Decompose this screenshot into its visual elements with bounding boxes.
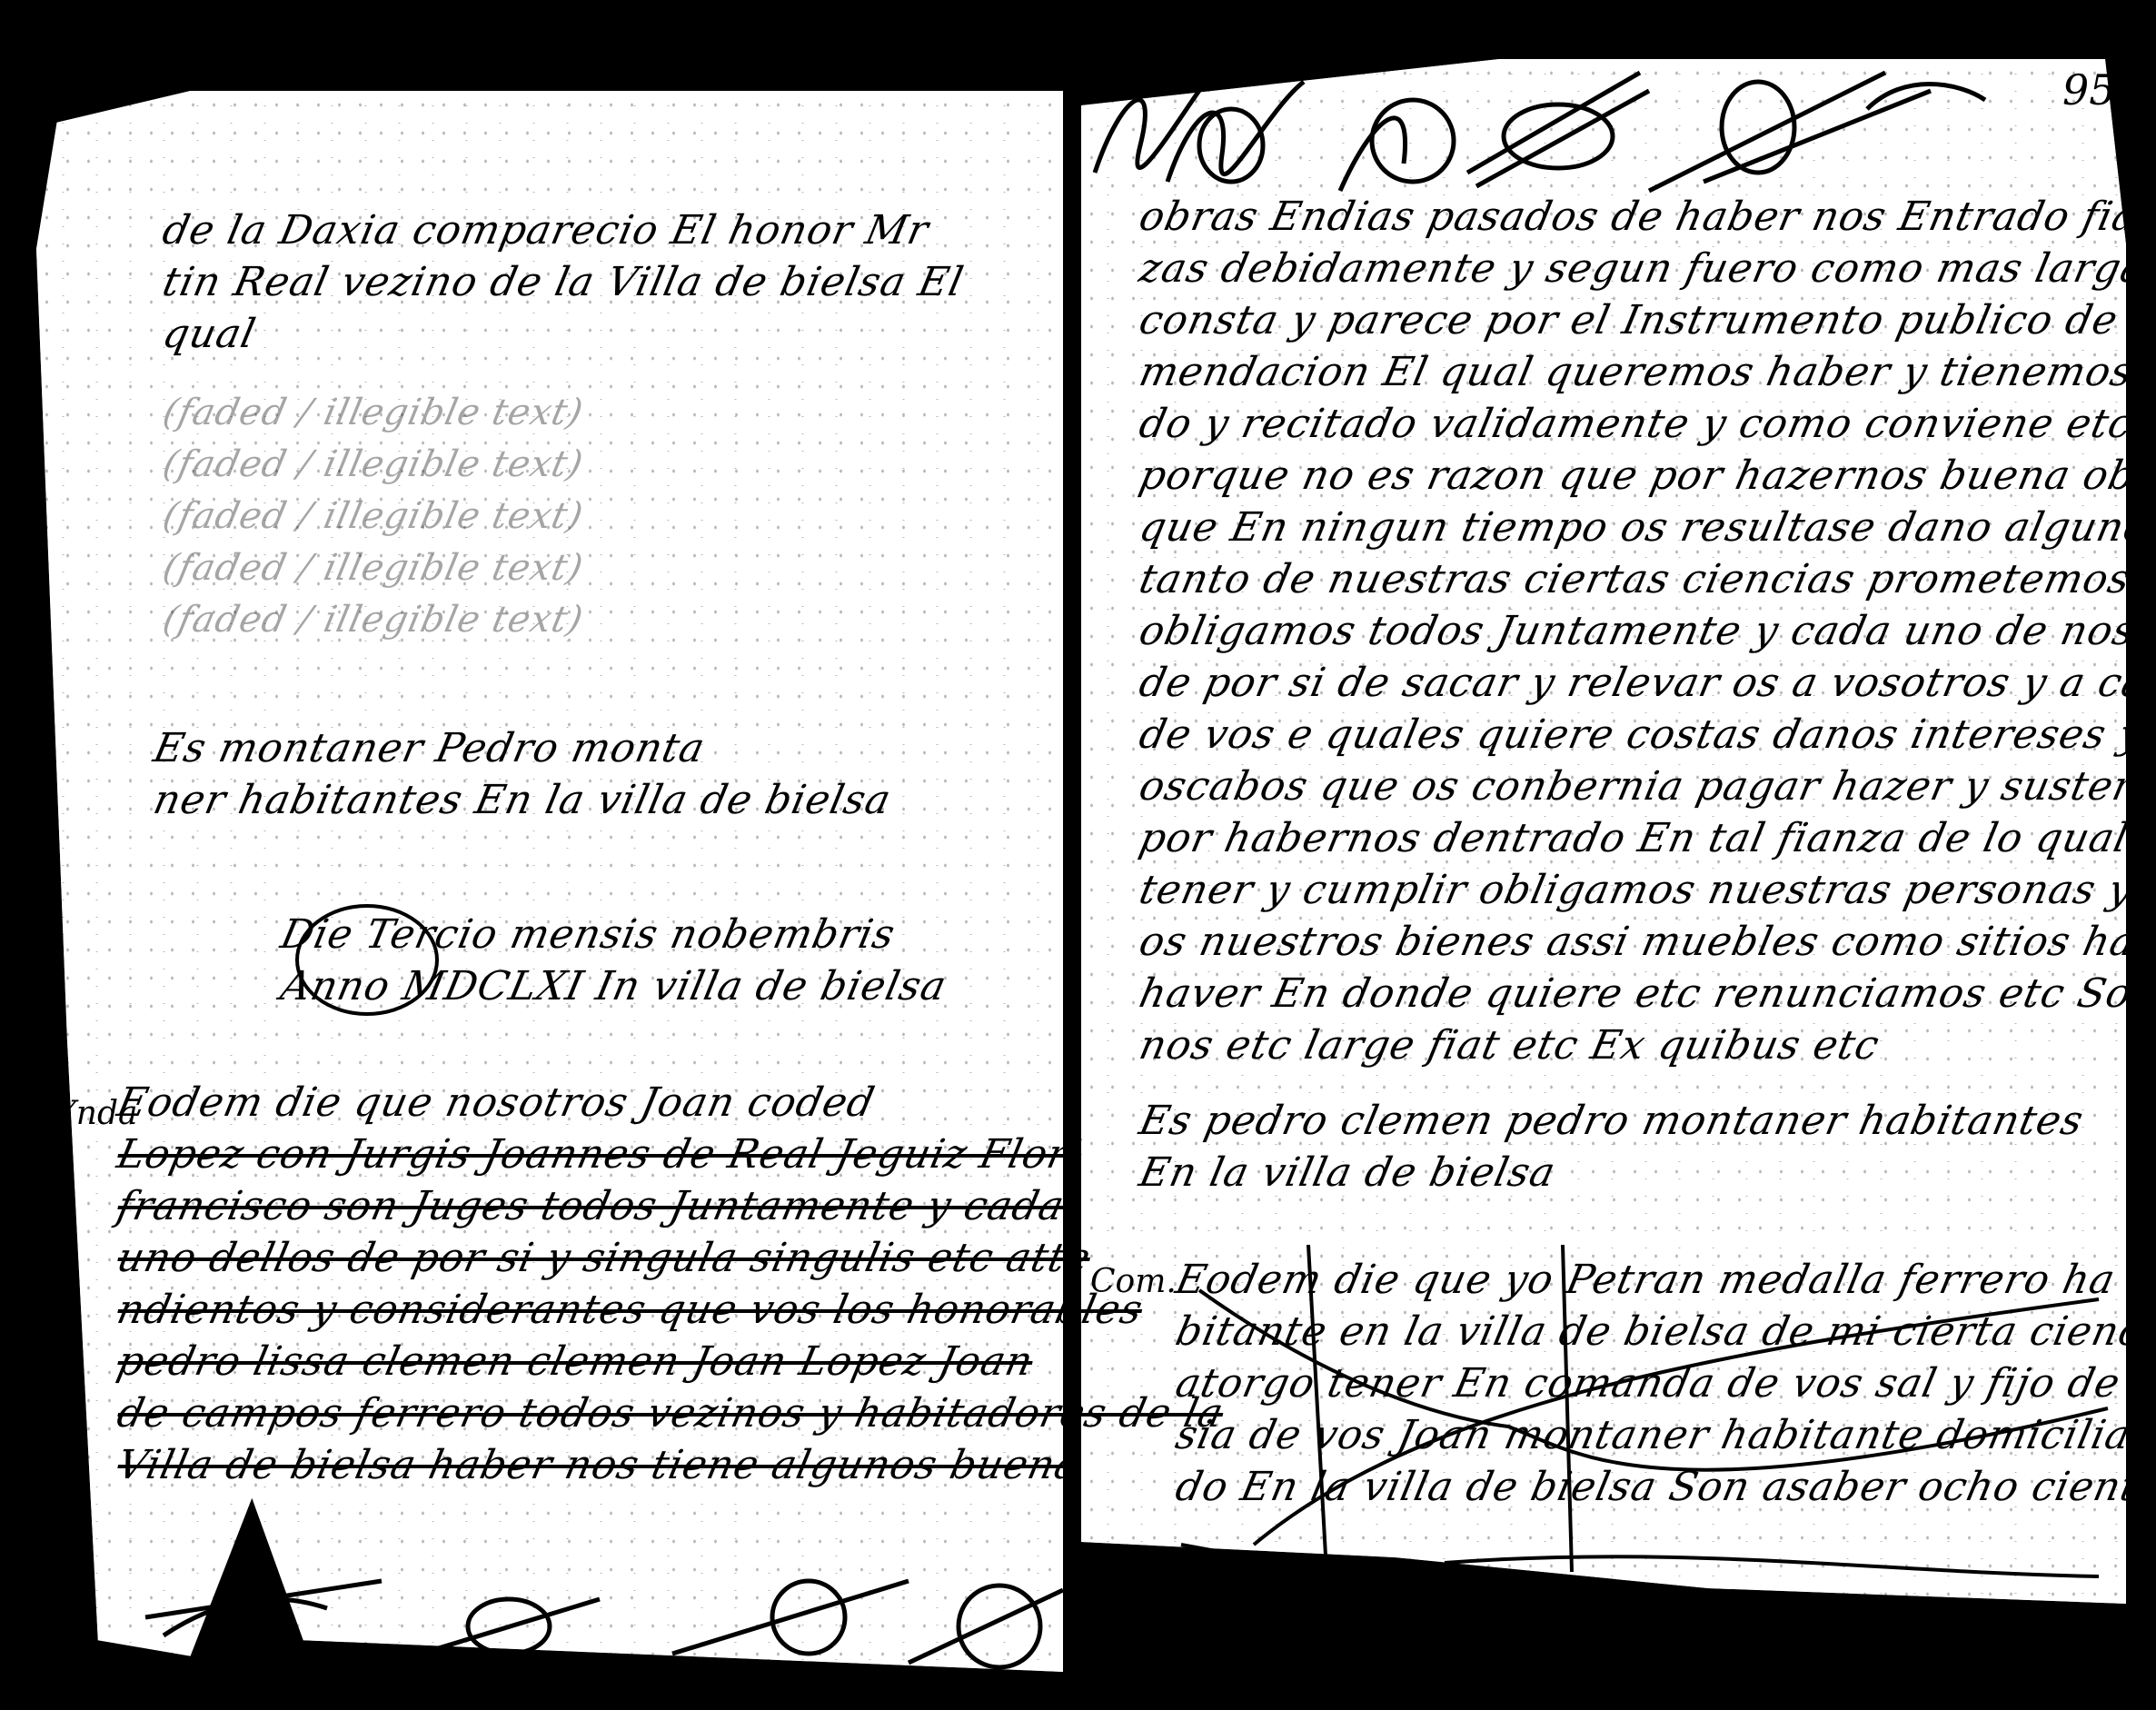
witness-entry: Es pedro clemen pedro montaner habitante… [1140,1095,2083,1198]
faded-line: (faded / illegible text) [158,491,969,542]
struck-line: ndientos y considerantes que vos los hon… [113,1284,1228,1336]
cancellation-cross-strokes [1145,1245,2126,1590]
text-line: tener y cumplir obligamos nuestras perso… [1135,864,2156,916]
faded-line: (faded / illegible text) [158,439,969,491]
text-line: Es pedro clemen pedro montaner habitante… [1135,1095,2089,1147]
text-line: de vos e quales quiere costas danos inte… [1135,709,2156,761]
struck-deed-left: Eodem die que nosotros Joan coded Lopez … [118,1077,1223,1491]
text-line: obras Endias pasados de haber nos Entrad… [1135,191,2156,243]
text-line: os nuestros bienes assi muebles como sit… [1135,916,2156,968]
struck-line: francisco son Juges todos Juntamente y c… [113,1180,1228,1232]
text-line: Es montaner Pedro monta [149,722,896,774]
text-line: de por si de sacar y relevar os a vosotr… [1135,657,2156,709]
text-line: Anno MDCLXI In villa de bielsa [276,960,951,1012]
struck-line: de campos ferrero todos vezinos y habita… [113,1387,1228,1439]
text-line: nos etc large fiat etc Ex quibus etc [1135,1019,2156,1071]
faded-line: (faded / illegible text) [158,387,969,439]
text-line: consta y parece por el Instrumento publi… [1135,294,2156,346]
text-line: qual [158,308,969,360]
text-line: haver En donde quiere etc renunciamos et… [1135,968,2156,1019]
faded-line: (faded / illegible text) [158,542,969,594]
folio-number: 95 [2062,65,2116,114]
text-line: obligamos todos Juntamente y cada uno de… [1135,605,2156,657]
text-line: mendacion El qual queremos haber y tiene… [1135,346,2156,398]
text-line: ner habitantes En la villa de bielsa [149,774,896,826]
text-line: de la Daxia comparecio El honor Mr [158,204,969,256]
text-line: porque no es razon que por hazernos buen… [1135,450,2156,502]
struck-line: Villa de bielsa haber nos tiene algunos … [113,1439,1228,1491]
text-line: tin Real vezino de la Villa de bielsa El [158,256,969,308]
faded-line: (faded / illegible text) [158,594,969,646]
text-line: Eodem die que nosotros Joan coded [113,1077,1228,1128]
text-line: do y recitado validamente y como convien… [1135,398,2156,450]
text-line: oscabos que os conbernia pagar hazer y s… [1135,761,2156,812]
marginal-entry: Es montaner Pedro monta ner habitantes E… [154,722,890,826]
text-line: Die Tercio mensis nobembris [276,909,951,960]
struck-line: pedro lissa clemen clemen Joan Lopez Joa… [113,1336,1228,1387]
signature-flourishes-top [1086,36,2049,200]
struck-line: Lopez con Jurgis Joannes de Real Jeguiz … [113,1128,1228,1180]
text-line: por habernos dentrado En tal fianza de l… [1135,812,2156,864]
text-line: que En ningun tiempo os resultase dano a… [1135,502,2156,553]
right-page-body: obras Endias pasados de haber nos Entrad… [1140,191,2156,1071]
signature-flourishes-bottom [127,1563,1072,1681]
text-line: zas debidamente y segun fuero como mas l… [1135,243,2156,294]
text-line: tanto de nuestras ciertas ciencias prome… [1135,553,2156,605]
left-page-opening: de la Daxia comparecio El honor Mr tin R… [164,204,963,646]
struck-line: uno dellos de por si y singula singulis … [113,1232,1228,1284]
text-line: En la villa de bielsa [1135,1147,2089,1198]
dated-heading: Die Tercio mensis nobembris Anno MDCLXI … [282,909,946,1012]
